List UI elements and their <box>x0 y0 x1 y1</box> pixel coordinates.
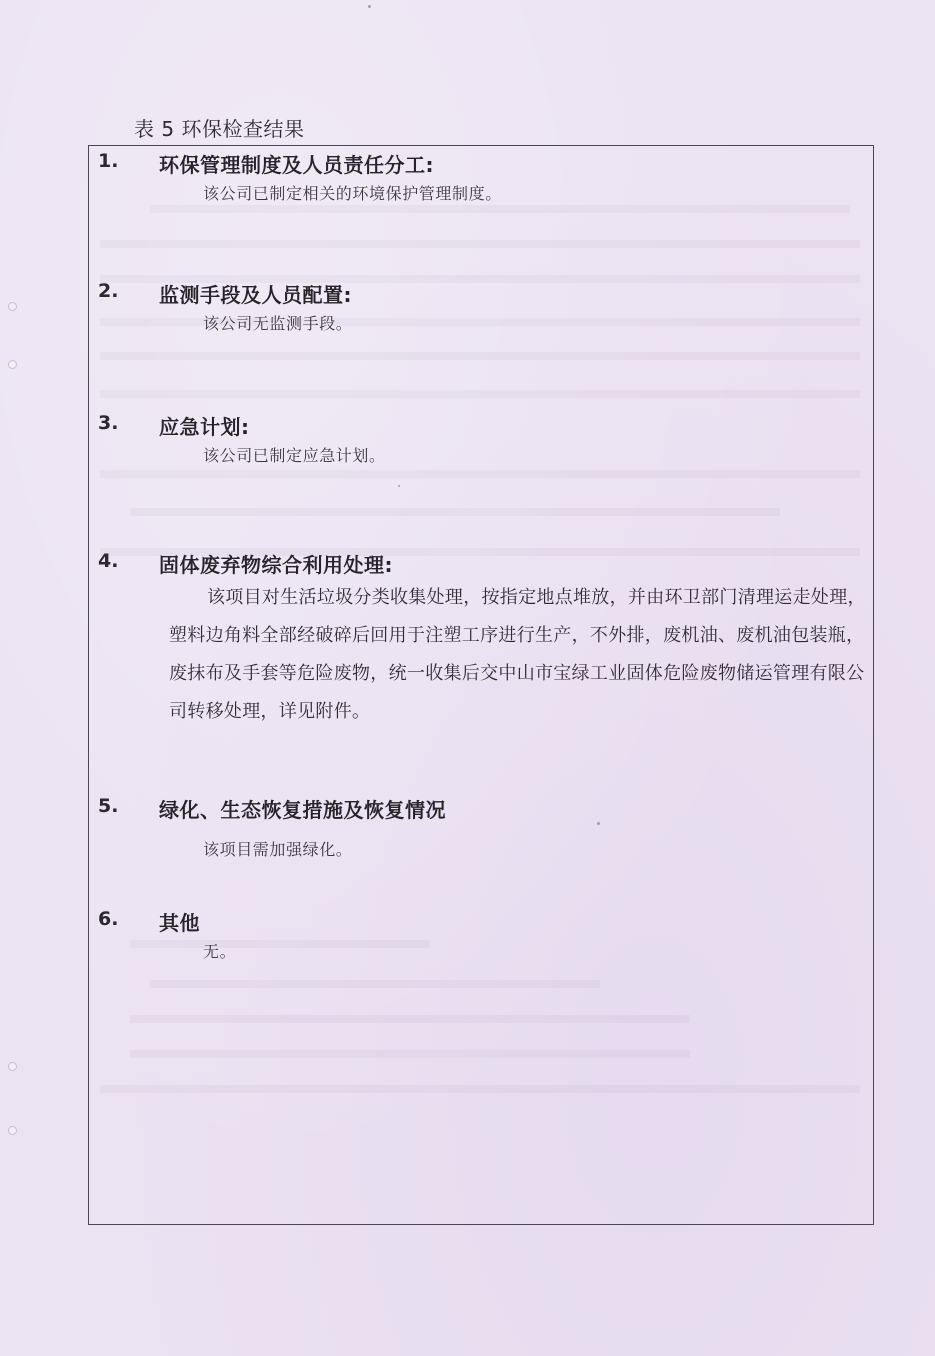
section-title: 环保管理制度及人员责任分工: <box>159 149 434 178</box>
section-body: 该公司已制定相关的环境保护管理制度。 <box>203 181 502 204</box>
section-body: 该公司无监测手段。 <box>203 311 352 334</box>
section-body: 该公司已制定应急计划。 <box>203 443 386 466</box>
section-number: 4. <box>98 550 118 572</box>
punch-hole <box>8 360 17 369</box>
section-title: 其他 <box>159 907 200 936</box>
section-title: 应急计划: <box>159 411 250 440</box>
section-title: 绿化、生态恢复措施及恢复情况 <box>159 794 446 823</box>
section-paragraph: 该项目对生活垃圾分类收集处理，按指定地点堆放，并由环卫部门清理运走处理，塑料边角… <box>169 579 869 731</box>
section-number: 3. <box>98 412 118 434</box>
punch-hole <box>8 1126 17 1135</box>
punch-hole <box>8 302 17 311</box>
speck <box>368 5 371 8</box>
section-number: 5. <box>98 795 118 817</box>
section-number: 2. <box>98 280 118 302</box>
section-title: 固体废弃物综合利用处理: <box>159 549 393 578</box>
section-body: 无。 <box>203 939 236 962</box>
punch-hole <box>8 1062 17 1071</box>
section-number: 1. <box>98 150 118 172</box>
section-body: 该项目需加强绿化。 <box>203 837 352 860</box>
section-number: 6. <box>98 908 118 930</box>
table-caption: 表 5 环保检查结果 <box>134 113 304 142</box>
section-title: 监测手段及人员配置: <box>159 279 352 308</box>
inspection-results-box: 1. 环保管理制度及人员责任分工: 该公司已制定相关的环境保护管理制度。 2. … <box>88 145 874 1225</box>
